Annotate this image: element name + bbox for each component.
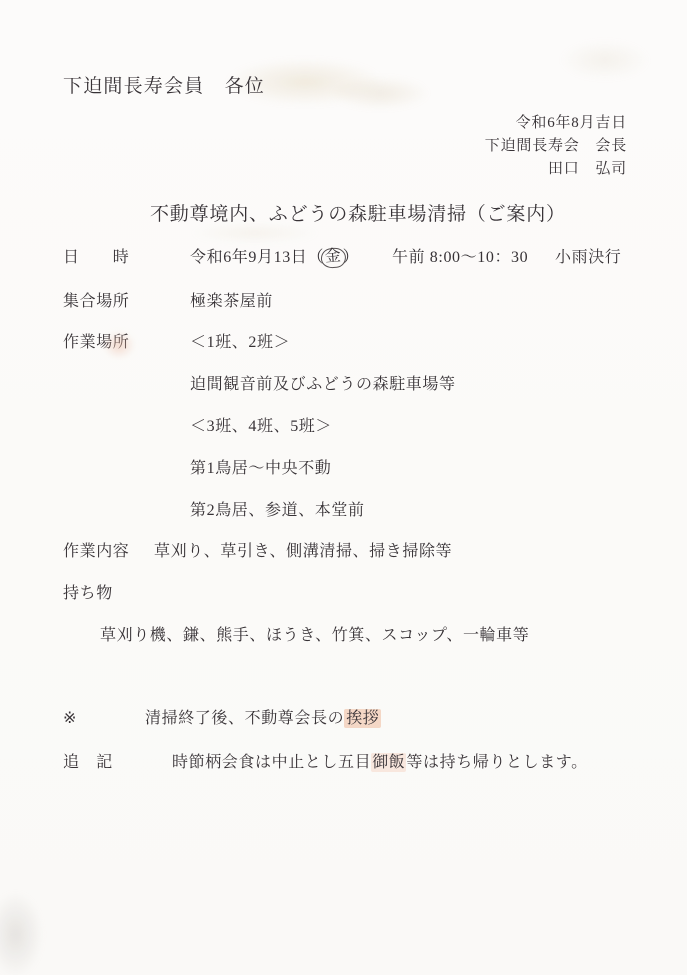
weather-note: 小雨決行 (555, 248, 621, 268)
note-text-highlighted: 挨拶 (344, 709, 381, 728)
time-text: 午前 8:00～10：30 (392, 248, 528, 268)
postscript-text-highlighted: 御飯 (371, 753, 406, 772)
sender-organization: 下迫間長寿会 会長 (485, 135, 627, 158)
scanned-letter-page: 下迫間長寿会員 各位 令和6年8月吉日 下迫間長寿会 会長 田口 弘司 不動尊境… (0, 0, 687, 975)
work-place-area-a: 迫間観音前及びふどうの森駐車場等 (190, 375, 456, 395)
issue-date: 令和6年8月吉日 (485, 112, 627, 135)
belongings-label: 持ち物 (63, 584, 113, 604)
note-text: 清掃終了後、不動尊会長の挨拶 (145, 709, 381, 729)
work-content-value: 草刈り、草引き、側溝清掃、掃き掃除等 (154, 542, 452, 562)
meeting-place-label: 集合場所 (63, 292, 129, 312)
postscript-text-tail: 等は持ち帰りとします。 (406, 754, 587, 771)
work-place-label: 作業場所 (63, 333, 129, 353)
datetime-label: 日 時 (63, 248, 129, 268)
work-place-groups-a: ＜1班、2班＞ (190, 333, 290, 353)
document-title: 不動尊境内、ふどうの森駐車場清掃（ご案内） (150, 203, 566, 227)
scan-smudge (330, 76, 430, 110)
scan-smudge (0, 892, 43, 975)
datetime-value: 令和6年9月13日（金） (190, 248, 359, 269)
work-place-groups-b: ＜3班、4班、5班＞ (190, 417, 332, 437)
belongings-items: 草刈り機、鎌、熊手、ほうき、竹箕、スコップ、一輪車等 (100, 626, 529, 646)
work-content-label: 作業内容 (63, 542, 129, 562)
work-place-area-b1: 第1鳥居～中央不動 (190, 459, 331, 479)
sender-name: 田口 弘司 (485, 158, 627, 181)
meeting-place-value: 極楽茶屋前 (190, 292, 273, 312)
note-text-body: 清掃終了後、不動尊会長の (145, 710, 344, 727)
postscript-text-body: 時節柄会食は中止とし五目 (172, 754, 371, 771)
date-text: 令和6年9月13日（ (190, 249, 324, 266)
postscript-label: 追 記 (63, 753, 113, 773)
work-place-area-b2: 第2鳥居、参道、本堂前 (190, 501, 365, 521)
postscript-text: 時節柄会食は中止とし五目御飯等は持ち帰りとします。 (172, 753, 588, 773)
recipient-line: 下迫間長寿会員 各位 (63, 75, 265, 99)
sender-block: 令和6年8月吉日 下迫間長寿会 会長 田口 弘司 (485, 112, 627, 181)
scan-smudge (560, 40, 650, 80)
note-mark: ※ (63, 709, 77, 729)
